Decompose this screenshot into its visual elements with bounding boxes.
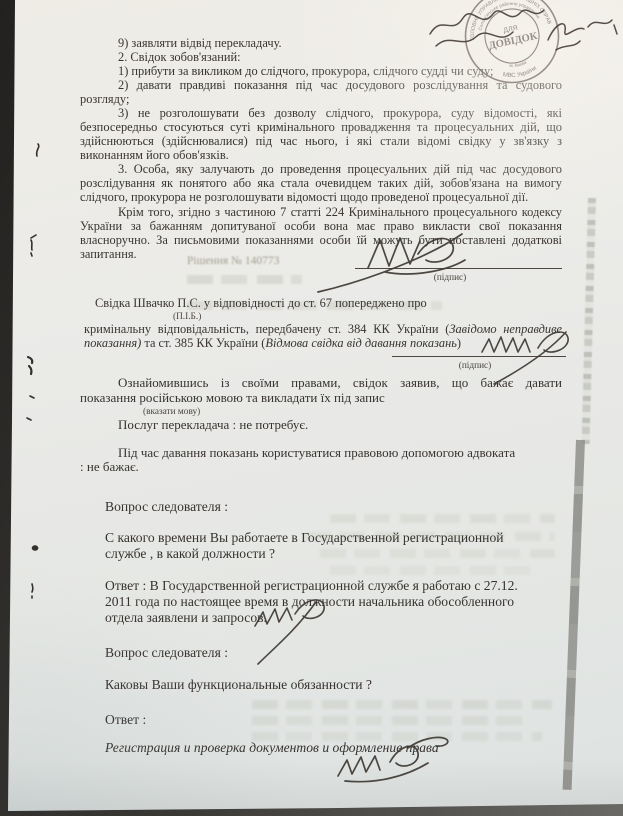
interpreter-line: Послуг перекладача : не потребує. bbox=[118, 418, 308, 432]
statement-line: показання російською мовою та викладати … bbox=[80, 391, 385, 405]
doc-line: 2. Свідок зобов'язаний: bbox=[118, 50, 241, 64]
doc-line: виконанням його обов'язків. bbox=[80, 148, 229, 162]
lawyer-line: : не бажає. bbox=[80, 460, 139, 474]
warning-line-2: кримінальну відповідальність, передбачен… bbox=[84, 322, 562, 337]
signature-line bbox=[392, 356, 566, 357]
doc-line: розслідування як понятого або яка стала … bbox=[80, 176, 562, 191]
signature-caption: (підпис) bbox=[395, 271, 505, 285]
lawyer-line: Під час давання показань користуватися п… bbox=[118, 446, 515, 460]
answer-text: Регистрация и проверка документов и офор… bbox=[105, 740, 439, 756]
doc-line: слідчого, прокурора не розголошувати від… bbox=[80, 190, 528, 204]
bleed-through-line bbox=[330, 566, 530, 575]
warning-normal-text: кримінальну відповідальність, передбачен… bbox=[84, 322, 449, 336]
doc-line: власноручно. За письмовими показаннями о… bbox=[80, 233, 562, 248]
doc-line: 9) заявляти відвід перекладачу. bbox=[118, 36, 282, 50]
answer-text: 2011 года по настоящее время в должности… bbox=[105, 594, 514, 610]
warning-italic-text: Відмова свідка від давання показань bbox=[265, 336, 457, 350]
scan-smudge-strip bbox=[582, 198, 596, 444]
answer-text: отдела заявлени и запросов. bbox=[105, 610, 267, 626]
answer-label: Ответ : bbox=[105, 712, 146, 728]
statement-line: Ознайомившись із своїми правами, свідок … bbox=[118, 376, 562, 391]
bleed-through-line bbox=[320, 549, 555, 558]
doc-line: розгляду; bbox=[80, 92, 129, 106]
doc-line: здійснюються (здійснювалися) під час ньо… bbox=[80, 134, 562, 149]
bleed-through-line bbox=[330, 514, 555, 523]
question-text: службе , в какой должности ? bbox=[105, 546, 275, 562]
question-label: Вопрос следователя : bbox=[105, 645, 228, 661]
bleed-through-text: Рішення № 140773 bbox=[187, 255, 279, 267]
doc-line: України за бажанням допитуваної особи во… bbox=[80, 219, 562, 234]
doc-line: 1) прибути за викликом до слідчого, прок… bbox=[118, 64, 493, 78]
doc-line: 2) давати правдиві показання під час дос… bbox=[118, 78, 562, 93]
signature-line bbox=[355, 268, 562, 269]
bleed-through-line bbox=[252, 716, 522, 725]
doc-line: запитання. bbox=[80, 247, 137, 261]
scanned-document-photo: { "stamp": { "outer_top": "ГОЛОВНЕ УПРАВ… bbox=[0, 0, 623, 816]
bleed-through-line bbox=[252, 700, 552, 709]
warning-intro: Свідка Швачко П.С. у відповідності до ст… bbox=[95, 296, 427, 310]
warning-italic-text: Завідомо неправдиве bbox=[449, 322, 562, 336]
signature-caption: (підпис) bbox=[420, 359, 530, 373]
question-label: Вопрос следователя : bbox=[105, 499, 228, 515]
warning-normal-text: ) bbox=[457, 336, 461, 350]
doc-line: безпосередньо стосуються суті кримінальн… bbox=[80, 120, 562, 135]
doc-line: 3. Особа, яку залучають до проведення пр… bbox=[118, 162, 562, 177]
bleed-through-line bbox=[187, 275, 302, 284]
question-text: Каковы Ваши функциональные обязанности ? bbox=[105, 677, 372, 693]
doc-line: 3) не розголошувати без дозволу слідчого… bbox=[118, 106, 562, 121]
warning-normal-text: та ст. 385 КК України ( bbox=[141, 336, 265, 350]
question-text: С какого времени Вы работаете в Государс… bbox=[105, 530, 504, 546]
scan-gray-strip bbox=[563, 440, 585, 790]
warning-italic-text: показання) bbox=[84, 336, 141, 350]
warning-line-3: показання) та ст. 385 КК України (Відмов… bbox=[84, 336, 461, 350]
paper-page: Рішення № 140773 9) заявляти відвід пере… bbox=[0, 0, 623, 816]
answer-text: Ответ : В Государственной регистрационно… bbox=[105, 578, 518, 594]
doc-line: Крім того, згідно з частиною 7 статті 22… bbox=[118, 205, 562, 220]
